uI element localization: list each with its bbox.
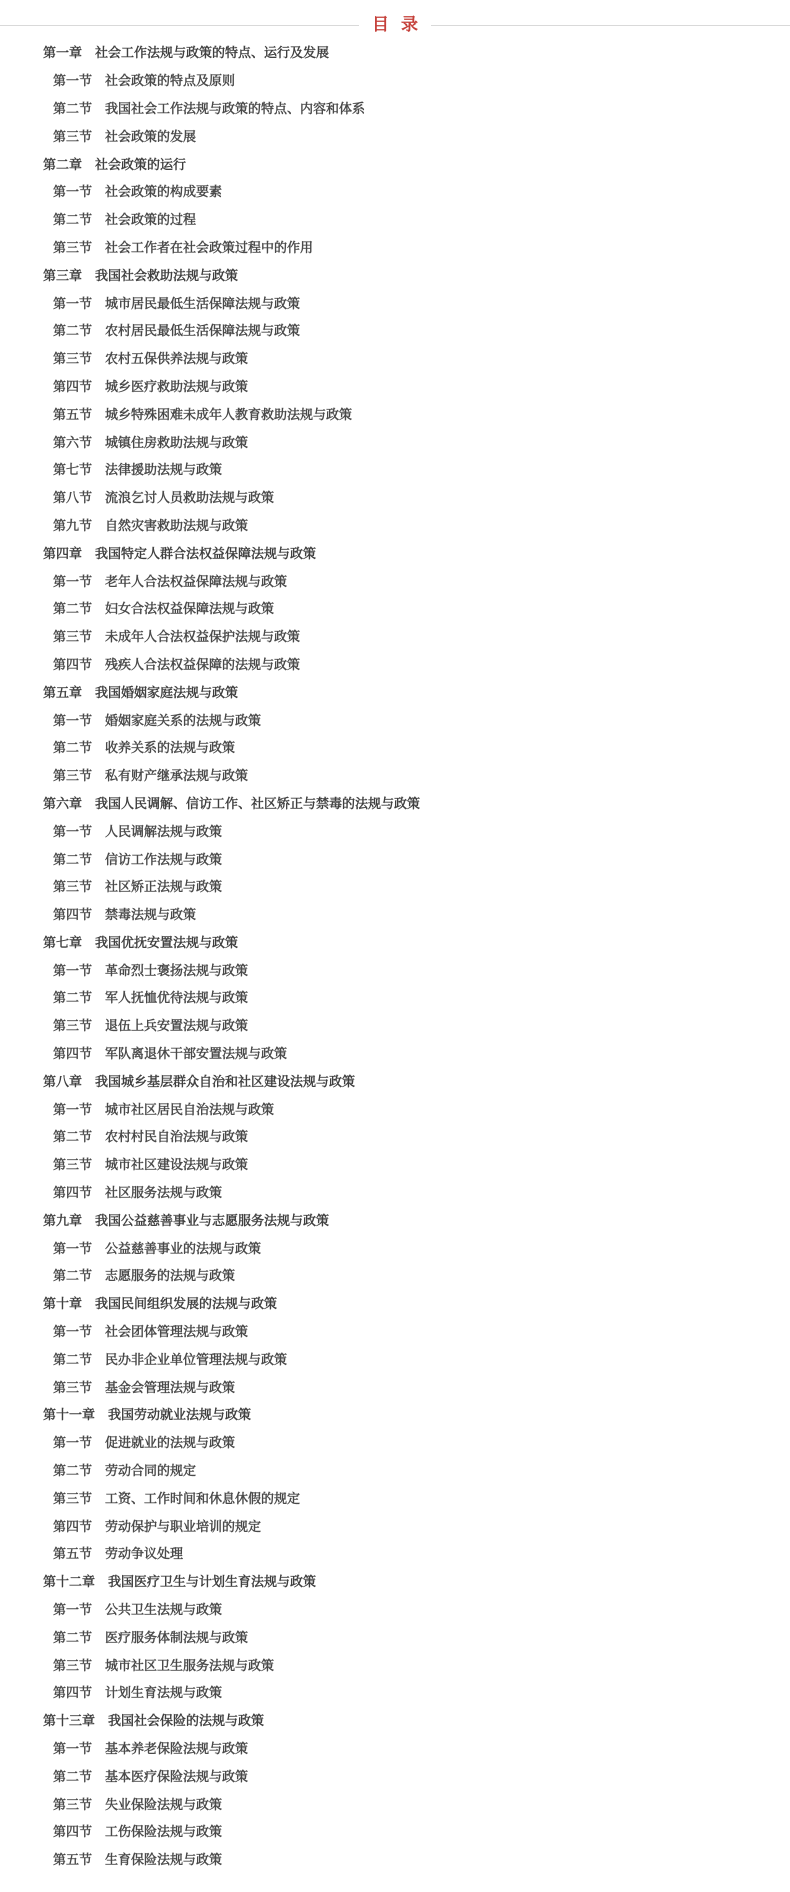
section-row: 第二节民办非企业单位管理法规与政策 xyxy=(0,1346,790,1374)
section-title: 生育保险法规与政策 xyxy=(105,1854,222,1867)
section-label: 第二节 xyxy=(53,325,92,338)
section-title: 人民调解法规与政策 xyxy=(105,826,222,839)
section-label: 第二节 xyxy=(53,992,92,1005)
section-row: 第二节军人抚恤优待法规与政策 xyxy=(0,985,790,1013)
section-row: 第九节自然灾害救助法规与政策 xyxy=(0,513,790,541)
section-row: 第四节工伤保险法规与政策 xyxy=(0,1819,790,1847)
section-row: 第四节军队离退休干部安置法规与政策 xyxy=(0,1041,790,1069)
section-row: 第四节社区服务法规与政策 xyxy=(0,1180,790,1208)
section-label: 第二节 xyxy=(53,214,92,227)
chapter-title: 我国社会救助法规与政策 xyxy=(95,270,238,283)
section-row: 第八节流浪乞讨人员救助法规与政策 xyxy=(0,485,790,513)
section-label: 第四节 xyxy=(53,1521,92,1534)
section-title: 失业保险法规与政策 xyxy=(105,1799,222,1812)
section-row: 第三节社会工作者在社会政策过程中的作用 xyxy=(0,235,790,263)
chapter-row: 第三章我国社会救助法规与政策 xyxy=(0,262,790,290)
section-title: 城镇住房救助法规与政策 xyxy=(105,437,248,450)
header-divider-left xyxy=(0,25,359,26)
chapter-row: 第四章我国特定人群合法权益保障法规与政策 xyxy=(0,540,790,568)
section-row: 第一节革命烈士褒扬法规与政策 xyxy=(0,957,790,985)
section-title: 计划生育法规与政策 xyxy=(105,1687,222,1700)
toc-list: 第一章社会工作法规与政策的特点、运行及发展第一节社会政策的特点及原则第二节我国社… xyxy=(0,33,790,1875)
section-label: 第二节 xyxy=(53,103,92,116)
section-title: 劳动争议处理 xyxy=(105,1548,183,1561)
chapter-row: 第二章社会政策的运行 xyxy=(0,151,790,179)
chapter-label: 第十二章 xyxy=(43,1576,95,1589)
section-title: 医疗服务体制法规与政策 xyxy=(105,1632,248,1645)
section-row: 第一节公益慈善事业的法规与政策 xyxy=(0,1235,790,1263)
section-title: 社会政策的发展 xyxy=(105,131,196,144)
section-title: 城乡医疗救助法规与政策 xyxy=(105,381,248,394)
section-label: 第八节 xyxy=(53,492,92,505)
section-row: 第七节法律援助法规与政策 xyxy=(0,457,790,485)
chapter-row: 第十章我国民间组织发展的法规与政策 xyxy=(0,1291,790,1319)
section-label: 第一节 xyxy=(53,576,92,589)
section-row: 第三节城市社区卫生服务法规与政策 xyxy=(0,1652,790,1680)
section-row: 第一节基本养老保险法规与政策 xyxy=(0,1736,790,1764)
section-row: 第三节社区矫正法规与政策 xyxy=(0,874,790,902)
chapter-row: 第九章我国公益慈善事业与志愿服务法规与政策 xyxy=(0,1207,790,1235)
section-label: 第二节 xyxy=(53,1465,92,1478)
section-title: 城市居民最低生活保障法规与政策 xyxy=(105,298,300,311)
chapter-row: 第七章我国优抚安置法规与政策 xyxy=(0,930,790,958)
chapter-label: 第三章 xyxy=(43,270,82,283)
section-label: 第二节 xyxy=(53,1354,92,1367)
section-label: 第三节 xyxy=(53,1660,92,1673)
chapter-label: 第二章 xyxy=(43,159,82,172)
section-label: 第五节 xyxy=(53,409,92,422)
chapter-label: 第十一章 xyxy=(43,1409,95,1422)
section-title: 革命烈士褒扬法规与政策 xyxy=(105,965,248,978)
section-row: 第一节人民调解法规与政策 xyxy=(0,818,790,846)
section-row: 第一节社会政策的特点及原则 xyxy=(0,68,790,96)
section-title: 民办非企业单位管理法规与政策 xyxy=(105,1354,287,1367)
section-title: 农村五保供养法规与政策 xyxy=(105,353,248,366)
section-row: 第五节城乡特殊困难未成年人教育救助法规与政策 xyxy=(0,401,790,429)
section-title: 城市社区卫生服务法规与政策 xyxy=(105,1660,274,1673)
section-row: 第一节城市社区居民自治法规与政策 xyxy=(0,1096,790,1124)
section-label: 第六节 xyxy=(53,437,92,450)
section-row: 第二节社会政策的过程 xyxy=(0,207,790,235)
section-title: 信访工作法规与政策 xyxy=(105,854,222,867)
section-row: 第二节劳动合同的规定 xyxy=(0,1458,790,1486)
section-label: 第三节 xyxy=(53,1799,92,1812)
section-label: 第四节 xyxy=(53,1687,92,1700)
section-label: 第一节 xyxy=(53,1437,92,1450)
section-label: 第一节 xyxy=(53,186,92,199)
section-label: 第二节 xyxy=(53,603,92,616)
section-row: 第一节老年人合法权益保障法规与政策 xyxy=(0,568,790,596)
chapter-title: 我国人民调解、信访工作、社区矫正与禁毒的法规与政策 xyxy=(95,798,420,811)
section-row: 第二节农村居民最低生活保障法规与政策 xyxy=(0,318,790,346)
chapter-label: 第六章 xyxy=(43,798,82,811)
section-label: 第三节 xyxy=(53,242,92,255)
section-label: 第一节 xyxy=(53,826,92,839)
section-row: 第四节计划生育法规与政策 xyxy=(0,1680,790,1708)
chapter-title: 社会工作法规与政策的特点、运行及发展 xyxy=(95,47,329,60)
chapter-label: 第九章 xyxy=(43,1215,82,1228)
section-title: 自然灾害救助法规与政策 xyxy=(105,520,248,533)
section-title: 未成年人合法权益保护法规与政策 xyxy=(105,631,300,644)
section-label: 第一节 xyxy=(53,75,92,88)
section-label: 第五节 xyxy=(53,1854,92,1867)
chapter-label: 第十章 xyxy=(43,1298,82,1311)
section-title: 私有财产继承法规与政策 xyxy=(105,770,248,783)
chapter-title: 我国婚姻家庭法规与政策 xyxy=(95,687,238,700)
section-label: 第一节 xyxy=(53,715,92,728)
section-label: 第一节 xyxy=(53,1326,92,1339)
section-row: 第二节医疗服务体制法规与政策 xyxy=(0,1624,790,1652)
section-label: 第二节 xyxy=(53,742,92,755)
section-row: 第六节城镇住房救助法规与政策 xyxy=(0,429,790,457)
chapter-label: 第四章 xyxy=(43,548,82,561)
section-row: 第二节妇女合法权益保障法规与政策 xyxy=(0,596,790,624)
toc-header: 目 录 xyxy=(0,0,790,33)
section-title: 残疾人合法权益保障的法规与政策 xyxy=(105,659,300,672)
chapter-title: 我国特定人群合法权益保障法规与政策 xyxy=(95,548,316,561)
section-label: 第一节 xyxy=(53,1604,92,1617)
section-title: 收养关系的法规与政策 xyxy=(105,742,235,755)
section-title: 促进就业的法规与政策 xyxy=(105,1437,235,1450)
section-label: 第一节 xyxy=(53,965,92,978)
section-title: 妇女合法权益保障法规与政策 xyxy=(105,603,274,616)
section-row: 第二节收养关系的法规与政策 xyxy=(0,735,790,763)
section-label: 第一节 xyxy=(53,1243,92,1256)
chapter-title: 我国社会保险的法规与政策 xyxy=(108,1715,264,1728)
section-label: 第三节 xyxy=(53,631,92,644)
section-row: 第一节促进就业的法规与政策 xyxy=(0,1430,790,1458)
section-label: 第四节 xyxy=(53,381,92,394)
section-label: 第一节 xyxy=(53,1104,92,1117)
section-label: 第三节 xyxy=(53,1020,92,1033)
section-title: 农村居民最低生活保障法规与政策 xyxy=(105,325,300,338)
section-title: 社会政策的过程 xyxy=(105,214,196,227)
section-row: 第一节城市居民最低生活保障法规与政策 xyxy=(0,290,790,318)
section-row: 第二节信访工作法规与政策 xyxy=(0,846,790,874)
section-title: 城乡特殊困难未成年人教育救助法规与政策 xyxy=(105,409,352,422)
chapter-row: 第五章我国婚姻家庭法规与政策 xyxy=(0,679,790,707)
chapter-title: 我国优抚安置法规与政策 xyxy=(95,937,238,950)
section-title: 工伤保险法规与政策 xyxy=(105,1826,222,1839)
section-title: 流浪乞讨人员救助法规与政策 xyxy=(105,492,274,505)
section-title: 工资、工作时间和休息休假的规定 xyxy=(105,1493,300,1506)
section-title: 社会工作者在社会政策过程中的作用 xyxy=(105,242,313,255)
section-title: 老年人合法权益保障法规与政策 xyxy=(105,576,287,589)
section-title: 基金会管理法规与政策 xyxy=(105,1382,235,1395)
section-title: 社会团体管理法规与政策 xyxy=(105,1326,248,1339)
section-title: 军队离退休干部安置法规与政策 xyxy=(105,1048,287,1061)
section-row: 第一节婚姻家庭关系的法规与政策 xyxy=(0,707,790,735)
section-label: 第二节 xyxy=(53,854,92,867)
section-row: 第四节禁毒法规与政策 xyxy=(0,902,790,930)
section-title: 婚姻家庭关系的法规与政策 xyxy=(105,715,261,728)
section-row: 第二节基本医疗保险法规与政策 xyxy=(0,1763,790,1791)
section-row: 第四节残疾人合法权益保障的法规与政策 xyxy=(0,652,790,680)
chapter-row: 第十三章我国社会保险的法规与政策 xyxy=(0,1708,790,1736)
chapter-row: 第一章社会工作法规与政策的特点、运行及发展 xyxy=(0,40,790,68)
section-row: 第一节社会政策的构成要素 xyxy=(0,179,790,207)
section-label: 第一节 xyxy=(53,1743,92,1756)
section-label: 第二节 xyxy=(53,1131,92,1144)
section-title: 公益慈善事业的法规与政策 xyxy=(105,1243,261,1256)
section-title: 劳动保护与职业培训的规定 xyxy=(105,1521,261,1534)
section-label: 第三节 xyxy=(53,353,92,366)
section-title: 禁毒法规与政策 xyxy=(105,909,196,922)
chapter-title: 我国公益慈善事业与志愿服务法规与政策 xyxy=(95,1215,329,1228)
chapter-label: 第七章 xyxy=(43,937,82,950)
chapter-title: 社会政策的运行 xyxy=(95,159,186,172)
section-row: 第一节社会团体管理法规与政策 xyxy=(0,1319,790,1347)
section-label: 第一节 xyxy=(53,298,92,311)
chapter-row: 第八章我国城乡基层群众自治和社区建设法规与政策 xyxy=(0,1068,790,1096)
section-row: 第五节生育保险法规与政策 xyxy=(0,1847,790,1875)
section-title: 城市社区建设法规与政策 xyxy=(105,1159,248,1172)
section-label: 第四节 xyxy=(53,1048,92,1061)
chapter-title: 我国劳动就业法规与政策 xyxy=(108,1409,251,1422)
section-label: 第二节 xyxy=(53,1771,92,1784)
section-title: 志愿服务的法规与政策 xyxy=(105,1270,235,1283)
section-label: 第三节 xyxy=(53,881,92,894)
section-row: 第三节农村五保供养法规与政策 xyxy=(0,346,790,374)
section-title: 退伍上兵安置法规与政策 xyxy=(105,1020,248,1033)
section-label: 第九节 xyxy=(53,520,92,533)
section-title: 社会政策的特点及原则 xyxy=(105,75,235,88)
chapter-title: 我国民间组织发展的法规与政策 xyxy=(95,1298,277,1311)
section-title: 城市社区居民自治法规与政策 xyxy=(105,1104,274,1117)
section-title: 劳动合同的规定 xyxy=(105,1465,196,1478)
section-label: 第四节 xyxy=(53,659,92,672)
section-row: 第三节私有财产继承法规与政策 xyxy=(0,763,790,791)
section-title: 基本医疗保险法规与政策 xyxy=(105,1771,248,1784)
section-label: 第三节 xyxy=(53,1382,92,1395)
section-label: 第七节 xyxy=(53,464,92,477)
section-row: 第二节我国社会工作法规与政策的特点、内容和体系 xyxy=(0,96,790,124)
section-row: 第五节劳动争议处理 xyxy=(0,1541,790,1569)
section-row: 第三节退伍上兵安置法规与政策 xyxy=(0,1013,790,1041)
section-label: 第二节 xyxy=(53,1270,92,1283)
chapter-row: 第十一章我国劳动就业法规与政策 xyxy=(0,1402,790,1430)
chapter-label: 第五章 xyxy=(43,687,82,700)
section-row: 第三节失业保险法规与政策 xyxy=(0,1791,790,1819)
section-row: 第二节农村村民自治法规与政策 xyxy=(0,1124,790,1152)
section-label: 第二节 xyxy=(53,1632,92,1645)
section-row: 第四节城乡医疗救助法规与政策 xyxy=(0,374,790,402)
section-row: 第三节城市社区建设法规与政策 xyxy=(0,1152,790,1180)
section-row: 第三节工资、工作时间和休息休假的规定 xyxy=(0,1485,790,1513)
section-title: 法律援助法规与政策 xyxy=(105,464,222,477)
chapter-row: 第六章我国人民调解、信访工作、社区矫正与禁毒的法规与政策 xyxy=(0,791,790,819)
section-row: 第四节劳动保护与职业培训的规定 xyxy=(0,1513,790,1541)
section-label: 第三节 xyxy=(53,770,92,783)
section-row: 第三节社会政策的发展 xyxy=(0,123,790,151)
section-title: 农村村民自治法规与政策 xyxy=(105,1131,248,1144)
section-title: 社会政策的构成要素 xyxy=(105,186,222,199)
section-title: 基本养老保险法规与政策 xyxy=(105,1743,248,1756)
header-divider-right xyxy=(431,25,790,26)
chapter-label: 第一章 xyxy=(43,47,82,60)
toc-page-title: 目 录 xyxy=(372,17,421,34)
section-title: 军人抚恤优待法规与政策 xyxy=(105,992,248,1005)
section-label: 第三节 xyxy=(53,1159,92,1172)
chapter-title: 我国医疗卫生与计划生育法规与政策 xyxy=(108,1576,316,1589)
section-title: 我国社会工作法规与政策的特点、内容和体系 xyxy=(105,103,365,116)
chapter-row: 第十二章我国医疗卫生与计划生育法规与政策 xyxy=(0,1569,790,1597)
section-row: 第三节未成年人合法权益保护法规与政策 xyxy=(0,624,790,652)
chapter-label: 第十三章 xyxy=(43,1715,95,1728)
section-label: 第四节 xyxy=(53,1826,92,1839)
chapter-title: 我国城乡基层群众自治和社区建设法规与政策 xyxy=(95,1076,355,1089)
section-label: 第三节 xyxy=(53,131,92,144)
section-label: 第五节 xyxy=(53,1548,92,1561)
section-title: 社区矫正法规与政策 xyxy=(105,881,222,894)
section-row: 第三节基金会管理法规与政策 xyxy=(0,1374,790,1402)
section-row: 第二节志愿服务的法规与政策 xyxy=(0,1263,790,1291)
section-row: 第一节公共卫生法规与政策 xyxy=(0,1597,790,1625)
chapter-label: 第八章 xyxy=(43,1076,82,1089)
section-label: 第四节 xyxy=(53,1187,92,1200)
section-title: 公共卫生法规与政策 xyxy=(105,1604,222,1617)
section-label: 第三节 xyxy=(53,1493,92,1506)
section-title: 社区服务法规与政策 xyxy=(105,1187,222,1200)
section-label: 第四节 xyxy=(53,909,92,922)
